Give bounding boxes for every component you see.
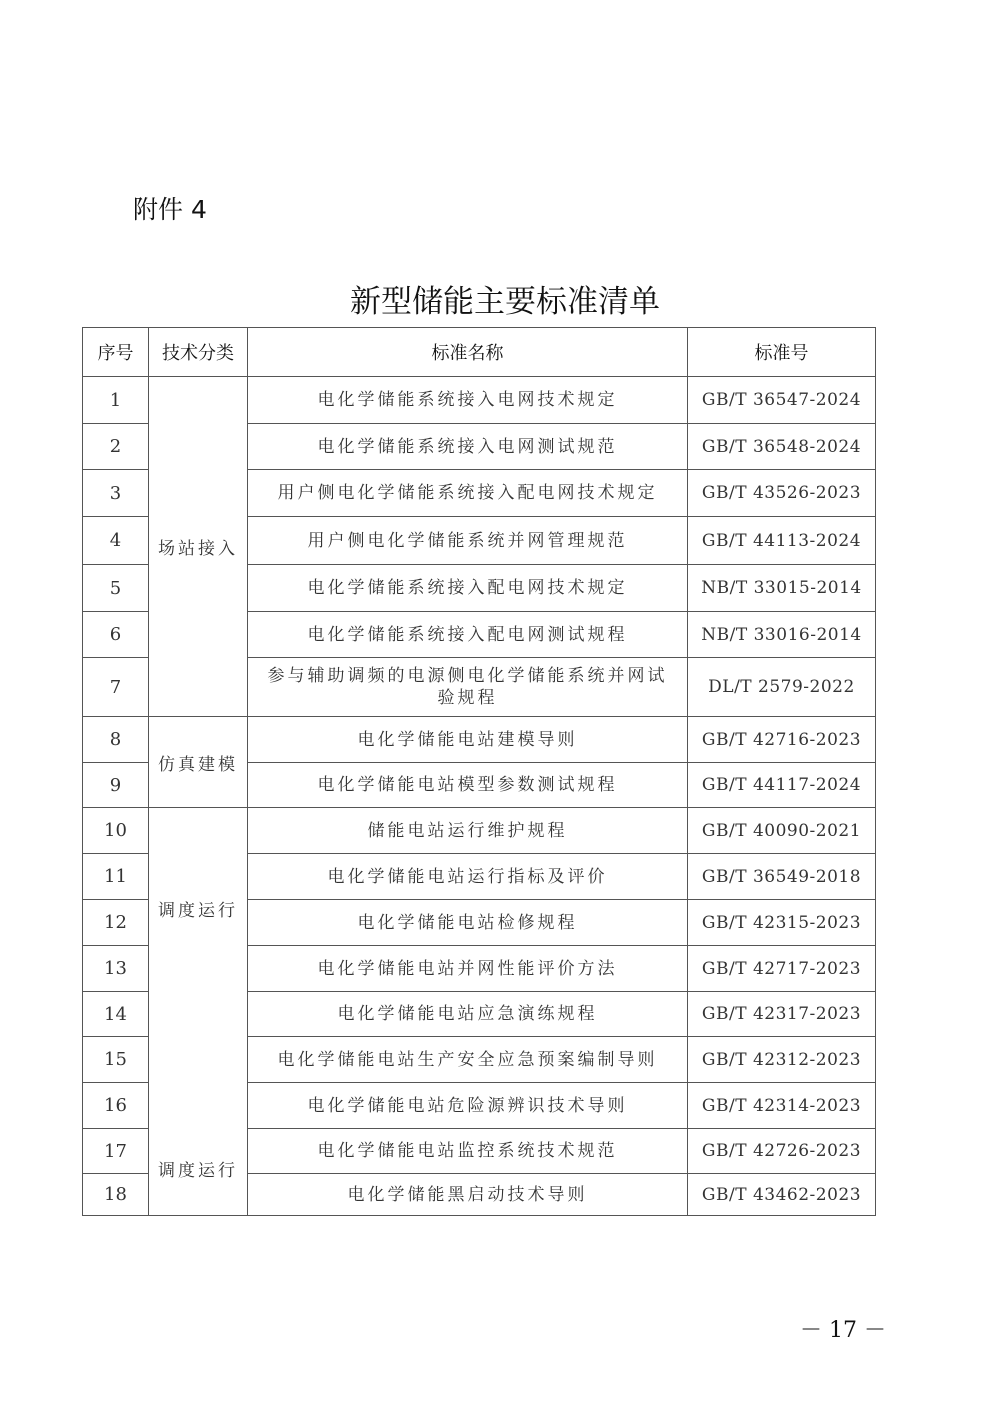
row-number: 12 [83, 900, 149, 946]
row-number: 5 [83, 565, 149, 612]
standard-name: 电化学储能系统接入电网测试规范 [248, 424, 688, 470]
standard-name: 电化学储能电站并网性能评价方法 [248, 946, 688, 992]
standard-code: GB/T 42726-2023 [688, 1129, 876, 1174]
standard-name: 电化学储能电站运行指标及评价 [248, 854, 688, 900]
row-number: 7 [83, 658, 149, 717]
standard-name: 电化学储能电站应急演练规程 [248, 992, 688, 1037]
standard-code: NB/T 33016-2014 [688, 612, 876, 658]
standard-code: DL/T 2579-2022 [688, 658, 876, 717]
document-page: 附件 4 新型储能主要标准清单 序号 技术分类 标准名称 标准号 1场站接入电化… [0, 0, 1000, 1414]
row-number: 16 [83, 1083, 149, 1129]
row-number: 13 [83, 946, 149, 992]
row-number: 17 [83, 1129, 149, 1174]
standard-name: 电化学储能电站监控系统技术规范 [248, 1129, 688, 1174]
standard-name: 电化学储能黑启动技术导则 [248, 1174, 688, 1216]
standards-table: 序号 技术分类 标准名称 标准号 1场站接入电化学储能系统接入电网技术规定GB/… [82, 327, 876, 1216]
standard-name: 参与辅助调频的电源侧电化学储能系统并网试验规程 [248, 658, 688, 717]
standard-code: GB/T 42716-2023 [688, 717, 876, 763]
row-number: 8 [83, 717, 149, 763]
standard-code: GB/T 42312-2023 [688, 1037, 876, 1083]
standard-name: 电化学储能系统接入配电网技术规定 [248, 565, 688, 612]
standard-code: NB/T 33015-2014 [688, 565, 876, 612]
row-number: 6 [83, 612, 149, 658]
standard-code: GB/T 43526-2023 [688, 470, 876, 517]
row-number: 10 [83, 808, 149, 854]
standard-name: 电化学储能系统接入电网技术规定 [248, 377, 688, 424]
table-header-row: 序号 技术分类 标准名称 标准号 [83, 328, 876, 377]
category-cell: 调度运行调度运行 [149, 808, 248, 1216]
standard-code: GB/T 43462-2023 [688, 1174, 876, 1216]
table-row: 10调度运行调度运行储能电站运行维护规程GB/T 40090-2021 [83, 808, 876, 854]
standard-name: 电化学储能系统接入配电网测试规程 [248, 612, 688, 658]
category-label: 调度运行 [149, 896, 247, 921]
row-number: 11 [83, 854, 149, 900]
header-category: 技术分类 [149, 328, 248, 377]
category-cell: 场站接入 [149, 377, 248, 717]
category-label-repeat: 调度运行 [149, 1156, 247, 1181]
standard-code: GB/T 36549-2018 [688, 854, 876, 900]
standard-code: GB/T 40090-2021 [688, 808, 876, 854]
standard-name: 电化学储能电站建模导则 [248, 717, 688, 763]
standard-name: 储能电站运行维护规程 [248, 808, 688, 854]
standard-name: 电化学储能电站危险源辨识技术导则 [248, 1083, 688, 1129]
table-row: 8仿真建模电化学储能电站建模导则GB/T 42716-2023 [83, 717, 876, 763]
standard-code: GB/T 36547-2024 [688, 377, 876, 424]
table-row: 1场站接入电化学储能系统接入电网技术规定GB/T 36547-2024 [83, 377, 876, 424]
header-no: 序号 [83, 328, 149, 377]
standard-code: GB/T 44113-2024 [688, 517, 876, 565]
standard-name: 电化学储能电站检修规程 [248, 900, 688, 946]
standard-name: 用户侧电化学储能系统并网管理规范 [248, 517, 688, 565]
row-number: 1 [83, 377, 149, 424]
standard-name: 电化学储能电站生产安全应急预案编制导则 [248, 1037, 688, 1083]
category-cell: 仿真建模 [149, 717, 248, 808]
standard-code: GB/T 42314-2023 [688, 1083, 876, 1129]
row-number: 18 [83, 1174, 149, 1216]
standard-code: GB/T 36548-2024 [688, 424, 876, 470]
row-number: 14 [83, 992, 149, 1037]
row-number: 9 [83, 763, 149, 808]
row-number: 15 [83, 1037, 149, 1083]
row-number: 4 [83, 517, 149, 565]
document-title: 新型储能主要标准清单 [0, 276, 1000, 321]
standard-code: GB/T 42317-2023 [688, 992, 876, 1037]
row-number: 2 [83, 424, 149, 470]
header-name: 标准名称 [248, 328, 688, 377]
standard-code: GB/T 42315-2023 [688, 900, 876, 946]
standard-code: GB/T 42717-2023 [688, 946, 876, 992]
header-code: 标准号 [688, 328, 876, 377]
standard-name: 电化学储能电站模型参数测试规程 [248, 763, 688, 808]
page-number: － 17 － [800, 1313, 886, 1344]
standard-code: GB/T 44117-2024 [688, 763, 876, 808]
row-number: 3 [83, 470, 149, 517]
annex-label: 附件 4 [133, 190, 207, 226]
standard-name: 用户侧电化学储能系统接入配电网技术规定 [248, 470, 688, 517]
